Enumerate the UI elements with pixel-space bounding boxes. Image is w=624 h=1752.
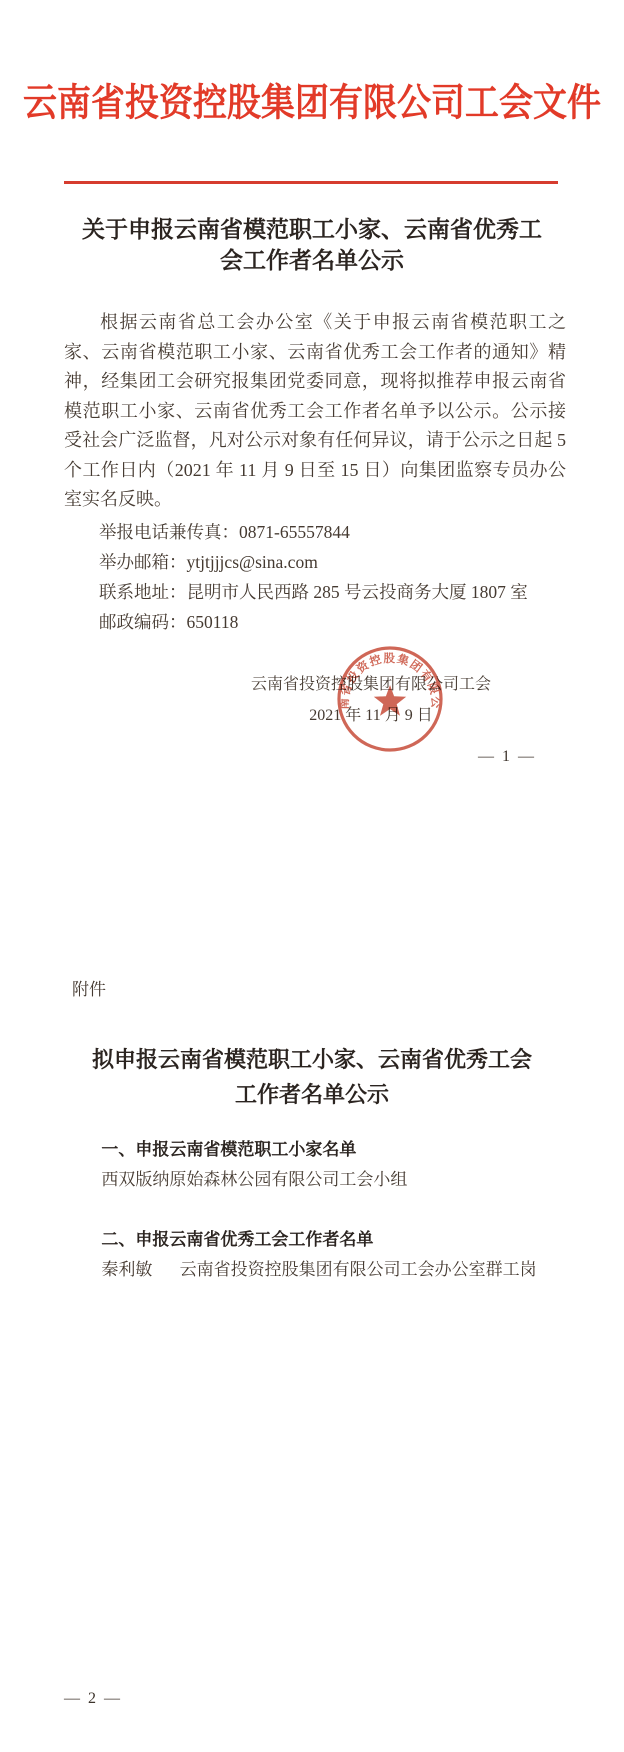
- attachment-label: 附件: [72, 975, 106, 1000]
- document-title: 关于申报云南省模范职工小家、云南省优秀工 会工作者名单公示: [40, 214, 584, 276]
- document-masthead: 云南省投资控股集团有限公司工会文件: [0, 72, 624, 127]
- section1-item: 西双版纳原始森林公园有限公司工会小组: [64, 1165, 566, 1190]
- contact-info-block: 举报电话兼传真：0871-65557844 举办邮箱：ytjtjjjcs@sin…: [64, 517, 566, 637]
- document-page: 云南省投资控股集团有限公司工会文件 关于申报云南省模范职工小家、云南省优秀工 会…: [0, 0, 624, 1752]
- document-title-line1: 关于申报云南省模范职工小家、云南省优秀工: [40, 214, 584, 245]
- section1-heading: 一、申报云南省模范职工小家名单: [64, 1135, 566, 1160]
- notice-body-paragraph: 根据云南省总工会办公室《关于申报云南省模范职工之家、云南省模范职工小家、云南省优…: [64, 308, 566, 515]
- attachment-title: 拟申报云南省模范职工小家、云南省优秀工会 工作者名单公示: [40, 1042, 584, 1112]
- report-phone-fax-line: 举报电话兼传真：0871-65557844: [64, 517, 566, 547]
- document-title-line2: 会工作者名单公示: [40, 245, 584, 276]
- contact-address-line: 联系地址：昆明市人民西路 285 号云投商务大厦 1807 室: [64, 577, 566, 607]
- attachment-title-line1: 拟申报云南省模范职工小家、云南省优秀工会: [40, 1042, 584, 1077]
- awardee-role: 云南省投资控股集团有限公司工会办公室群工岗: [180, 1260, 537, 1279]
- masthead-divider-rule: [64, 181, 558, 184]
- issue-date: 2021 年 11 月 9 日: [240, 700, 502, 731]
- section2-heading: 二、申报云南省优秀工会工作者名单: [64, 1225, 566, 1250]
- attachment-title-line2: 工作者名单公示: [40, 1077, 584, 1112]
- section2-item: 秦利敏云南省投资控股集团有限公司工会办公室群工岗: [64, 1255, 566, 1280]
- awardee-name: 秦利敏: [101, 1260, 152, 1279]
- page-number-2: — 2 —: [64, 1690, 122, 1708]
- report-email-line: 举办邮箱：ytjtjjjcs@sina.com: [64, 547, 566, 577]
- issuing-organization: 云南省投资控股集团有限公司工会: [240, 669, 502, 700]
- page-number-1: — 1 —: [478, 748, 536, 766]
- postal-code-line: 邮政编码：650118: [64, 607, 566, 637]
- signature-block: 云南省投资控股集团有限公司工会 2021 年 11 月 9 日: [240, 669, 502, 731]
